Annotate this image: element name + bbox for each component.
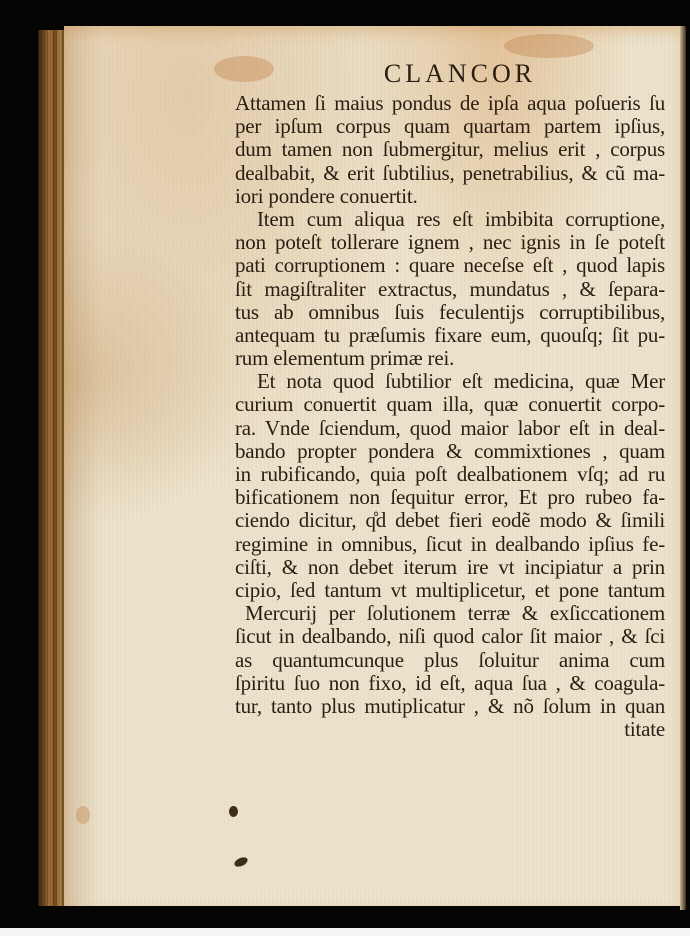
text-line: bando propter pondera & commixtiones , q… (235, 440, 665, 463)
text-line: Mercurij per ſolutionem terræ & exſiccat… (235, 602, 665, 625)
catchword: titate (235, 718, 665, 741)
text-line: per ipſum corpus quam quartam partem ipſ… (235, 115, 665, 138)
text-line: iori pondere conuertit. (235, 185, 665, 208)
text-line: ſpiritu ſuo non fixo, id eſt, aqua ſua ,… (235, 672, 665, 695)
text-line: tus ab omnibus ſuis feculentijs corrupti… (235, 301, 665, 324)
text-line: regimine in omnibus, ſicut in dealbando … (235, 533, 665, 556)
text-line: cipio, ſed tantum vt multiplicetur, et p… (235, 579, 665, 602)
text-line: non poteſt tollerare ignem , nec ignis i… (235, 231, 665, 254)
text-line: antequam tu præſumis fixare eum, quouſq;… (235, 324, 665, 347)
text-line: in rubificando, quia poſt dealbationem v… (235, 463, 665, 486)
text-line: bificationem non ſequitur error, Et pro … (235, 486, 665, 509)
text-line: ſicut in dealbando, niſi quod calor ſit … (235, 625, 665, 648)
text-line: Attamen ſi maius pondus de ipſa aqua poſ… (235, 92, 665, 115)
text-line: pati corruptionem : quare neceſse eſt , … (235, 254, 665, 277)
text-line: rum elementum primæ rei. (235, 347, 665, 370)
paragraph-2: Item cum aliqua res eſt imbibita corrupt… (235, 208, 665, 370)
paragraph-3: Et nota quod ſubtilior eſt medicina, quæ… (235, 370, 665, 718)
text-line: tur, tanto plus mutiplicatur , & nõ ſolu… (235, 695, 665, 718)
scan-border (0, 928, 690, 936)
text-line: ciſti, & non debet iterum ire vt incipia… (235, 556, 665, 579)
text-line: curium conuertit quam illa, quæ conuerti… (235, 393, 665, 416)
foxing-stain (504, 34, 594, 58)
foxing-stain (76, 806, 90, 824)
text-line: ra. Vnde ſciendum, quod maior labor eſt … (235, 417, 665, 440)
text-line: Item cum aliqua res eſt imbibita corrupt… (235, 208, 665, 231)
paragraph-1: Attamen ſi maius pondus de ipſa aqua poſ… (235, 92, 665, 208)
text-line: dealbabit, & erit ſubtilius, penetrabili… (235, 162, 665, 185)
page-fore-edge (38, 30, 66, 906)
ink-blot (233, 855, 249, 868)
text-line: ſit magiſtraliter extractus, mundatus , … (235, 278, 665, 301)
text-line: Et nota quod ſubtilior eſt medicina, quæ… (235, 370, 665, 393)
text-line: as quantumcunque plus ſoluitur anima cum (235, 649, 665, 672)
ink-blot (229, 806, 238, 817)
text-line: dum tamen non ſubmergitur, melius erit ,… (235, 138, 665, 161)
page-text: CLANCOR Attamen ſi maius pondus de ipſa … (235, 58, 665, 741)
scan-background: CLANCOR Attamen ſi maius pondus de ipſa … (0, 0, 690, 936)
page-gutter-shadow (680, 26, 686, 910)
text-line: ciendo dicitur, q̊d debet fieri eodẽ mod… (235, 509, 665, 532)
running-head: CLANCOR (235, 58, 665, 90)
